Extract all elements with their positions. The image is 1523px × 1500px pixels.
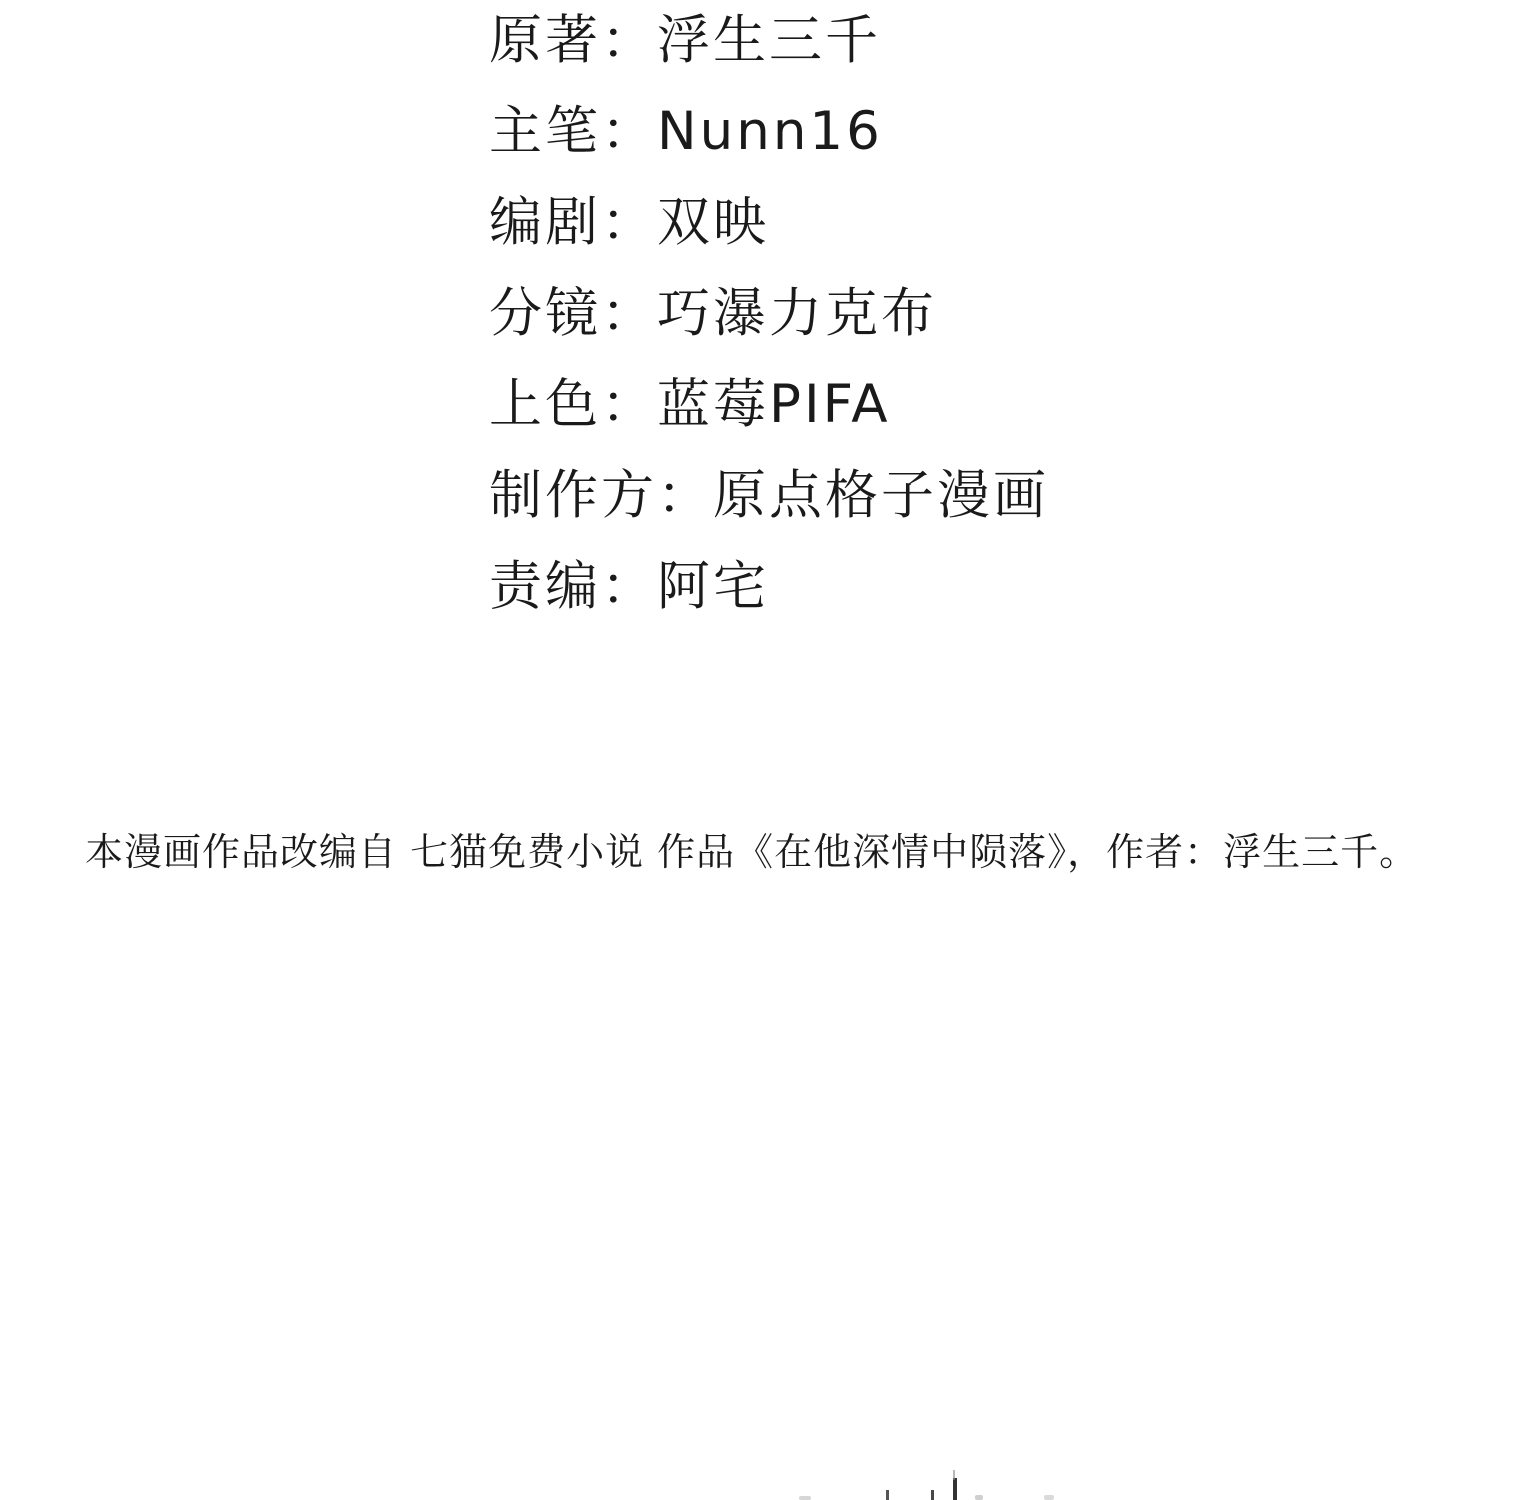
cutoff-art-mark — [1044, 1495, 1054, 1500]
comic-credits-page: 原著：浮生三千 主笔：Nunn16 编剧：双映 分镜：巧瀑力克布 上色：蓝莓PI… — [0, 0, 1523, 1500]
cutoff-art-mark — [886, 1490, 889, 1500]
cutoff-art-marks — [0, 1465, 1523, 1500]
credit-line-coloring: 上色：蓝莓PIFA — [489, 359, 1049, 450]
credit-line-storyboard: 分镜：巧瀑力克布 — [489, 268, 1049, 359]
credit-line-lead-artist: 主笔：Nunn16 — [489, 86, 1049, 177]
credit-line-editor: 责编：阿宅 — [489, 541, 1049, 632]
cutoff-art-mark — [953, 1470, 955, 1480]
cutoff-art-mark — [931, 1490, 934, 1500]
credit-line-original-author: 原著：浮生三千 — [489, 0, 1049, 86]
credits-block: 原著：浮生三千 主笔：Nunn16 编剧：双映 分镜：巧瀑力克布 上色：蓝莓PI… — [489, 0, 1049, 632]
adaptation-notice: 本漫画作品改编自 七猫免费小说 作品《在他深情中陨落》，作者：浮生三千。 — [85, 826, 1418, 878]
credit-line-producer: 制作方：原点格子漫画 — [489, 450, 1049, 541]
credit-line-screenwriter: 编剧：双映 — [489, 177, 1049, 268]
cutoff-art-mark — [975, 1495, 983, 1500]
cutoff-art-mark — [953, 1478, 957, 1500]
cutoff-art-mark — [799, 1496, 811, 1500]
